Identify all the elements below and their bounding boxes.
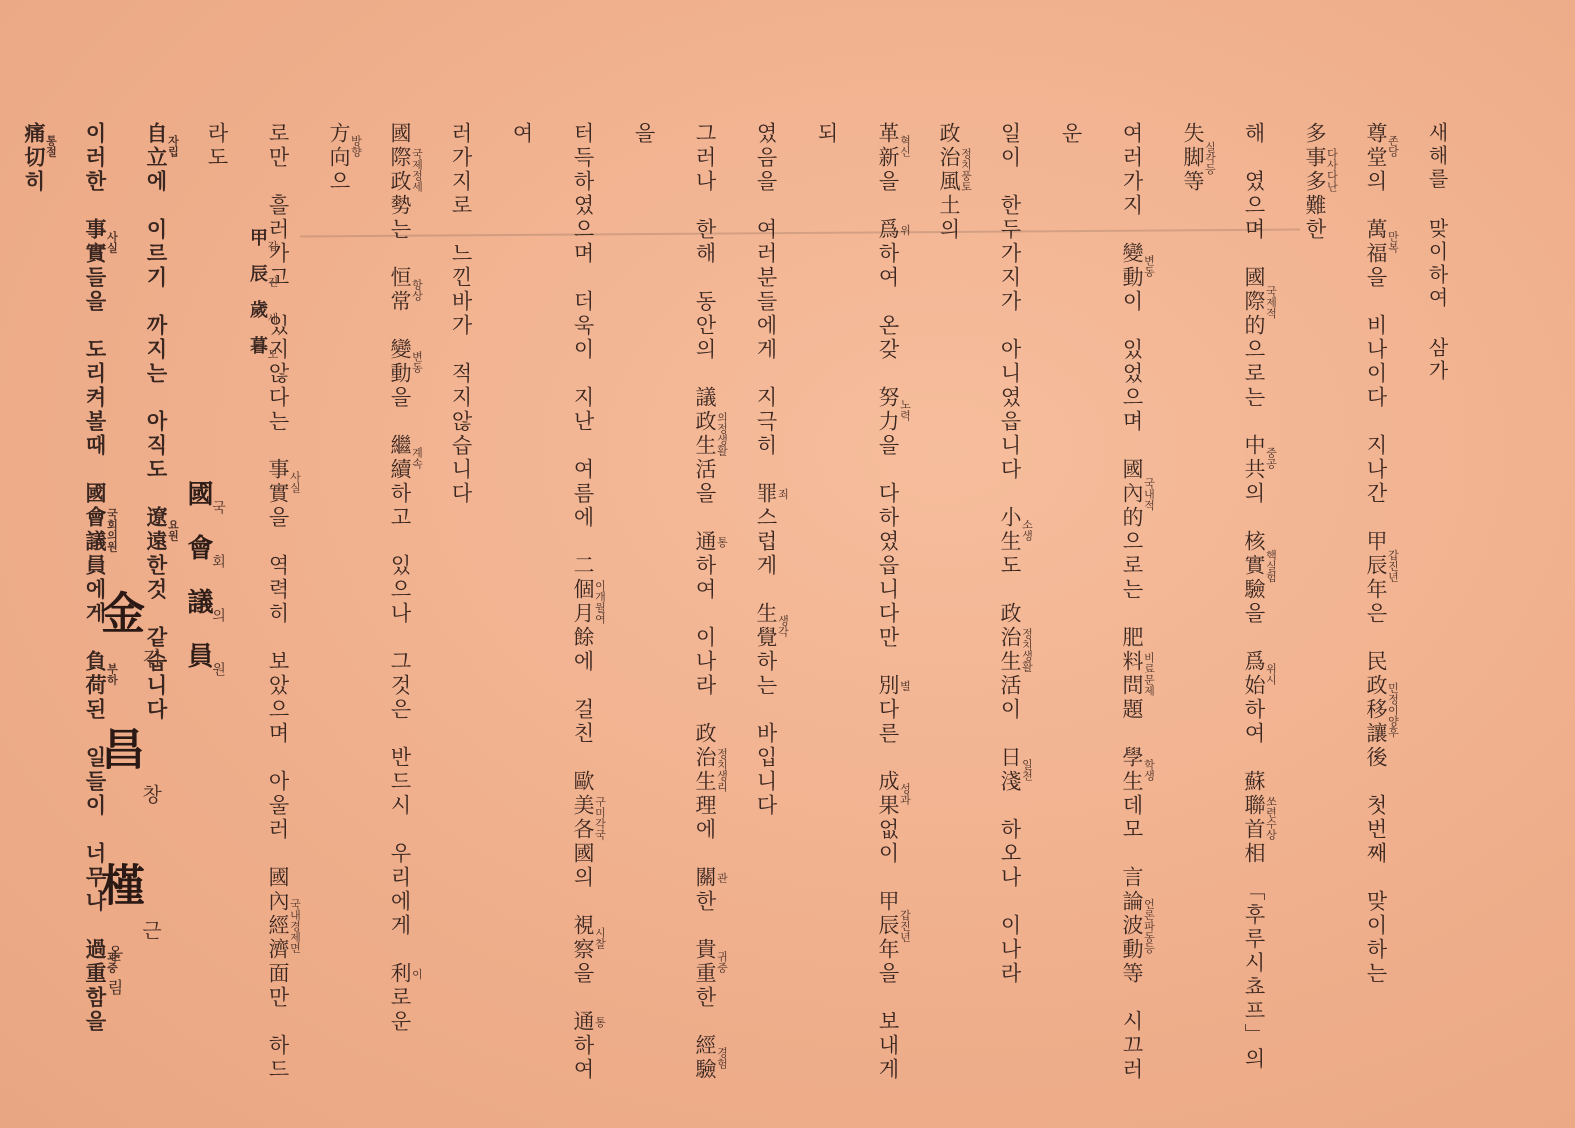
letter-page: 새해를 맞이하여 삼가 尊堂존당의 萬福만복을 비나이다 지나간 甲辰年갑진년은… bbox=[0, 0, 1575, 1128]
hanja-with-reading: 多事多難다사다난 bbox=[1303, 122, 1327, 218]
text-run: 으로는 bbox=[1242, 338, 1266, 434]
letter-line: 尊堂존당의 萬福만복을 비나이다 지나간 甲辰年갑진년은 民政移讓後민정이양후 … bbox=[1284, 122, 1406, 1082]
hanja-with-reading: 甲辰年갑진년 bbox=[876, 890, 900, 962]
hanja-with-reading: 核實驗핵실험 bbox=[1242, 530, 1266, 602]
letter-line: 여러가지 變動변동이 있었으며 國內的국내적으로는 肥料問題비료문제 學生학생데… bbox=[1040, 122, 1162, 1082]
text-run: 하여 bbox=[1242, 698, 1266, 770]
hanja-with-reading: 恒常항상 bbox=[388, 266, 412, 314]
hanja-with-reading: 失脚等실각등 bbox=[1181, 122, 1205, 194]
hanja-with-reading: 議의 bbox=[183, 588, 213, 642]
text-run: 이 bbox=[998, 698, 1022, 746]
text-run: 한 bbox=[1303, 218, 1327, 242]
hanja-with-reading: 貴重귀중 bbox=[693, 938, 717, 986]
text-run: 으로는 bbox=[1120, 530, 1144, 626]
letter-line: 그러나 한해 동안의 議政生活의정생활을 通통하여 이나라 政治生理정치생리에 … bbox=[613, 122, 735, 1082]
closing-text: 올림 bbox=[103, 945, 126, 1013]
letter-line: 러가지로 느낀바가 적지않습니다 bbox=[430, 122, 491, 1082]
date-line: 甲갑辰진歲세暮모 bbox=[244, 228, 279, 372]
text-run: 첫번째 맞이하는 bbox=[1364, 770, 1388, 1010]
text-run: 을 bbox=[876, 170, 900, 218]
text-run: 「후루시쵸프」의 bbox=[1242, 866, 1266, 1096]
text-run: 터득하였으며 더욱이 지난 여름에 bbox=[571, 122, 595, 554]
text-run: 해 였으며 bbox=[1242, 122, 1266, 266]
hanja-with-reading: 日淺일천 bbox=[998, 746, 1022, 794]
letter-line: 國際政勢국제정세는 恒常항상 變動변동을 繼續계속하고 있으나 그것은 반드시 … bbox=[308, 122, 430, 1082]
text-run: 의 bbox=[937, 218, 961, 242]
hanja-with-reading: 國會議員국회의원 bbox=[83, 482, 107, 578]
hanja-with-reading: 二個月餘이개월여 bbox=[571, 554, 595, 650]
text-run: 을 역력히 보았으며 아울러 bbox=[266, 506, 290, 866]
hanja-with-reading: 民政移讓後민정이양후 bbox=[1364, 650, 1388, 770]
hanja-with-reading: 通통 bbox=[571, 1010, 595, 1034]
text-run: 데모 bbox=[1120, 794, 1144, 866]
hanja-with-reading: 金김 bbox=[93, 590, 144, 726]
hanja-with-reading: 暮모 bbox=[247, 336, 268, 372]
letter-line: 해 였으며 國際的국제적으로는 中共중공의 核實驗핵실험을 爲始위시하여 蘇聯首… bbox=[1162, 122, 1284, 1082]
hanja-with-reading: 國際的국제적 bbox=[1242, 266, 1266, 338]
hanja-with-reading: 會회 bbox=[183, 534, 213, 588]
text-run: 한 bbox=[693, 890, 717, 938]
text-run: 도 bbox=[998, 554, 1022, 602]
hanja-with-reading: 國內經濟面국내경제면 bbox=[266, 866, 290, 986]
hanja-with-reading: 歐美各國구미각국 bbox=[571, 770, 595, 866]
hanja-with-reading: 尊堂존당 bbox=[1364, 122, 1388, 170]
hanja-with-reading: 肥料問題비료문제 bbox=[1120, 626, 1144, 722]
text-run: 하여 이나라 bbox=[693, 554, 717, 722]
hanja-with-reading: 痛切통절 bbox=[22, 122, 46, 170]
hanja-with-reading: 中共중공 bbox=[1242, 434, 1266, 482]
hanja-with-reading: 別별 bbox=[876, 674, 900, 698]
hanja-with-reading: 政治生活정치생활 bbox=[998, 602, 1022, 698]
hanja-with-reading: 努力노력 bbox=[876, 386, 900, 434]
hanja-with-reading: 遼遠요원 bbox=[144, 506, 168, 554]
text-run: 로운 bbox=[388, 986, 412, 1058]
hanja-with-reading: 自立자립 bbox=[144, 122, 168, 170]
text-run: 을 bbox=[388, 386, 412, 434]
hanja-with-reading: 關관 bbox=[693, 866, 717, 890]
text-run: 일이 한두가지가 아니였읍니다 bbox=[998, 122, 1022, 506]
text-run: 을 bbox=[1242, 602, 1266, 650]
text-run: 은 bbox=[1364, 602, 1388, 650]
text-run: 을 bbox=[571, 962, 595, 1010]
text-run: 이 있었으며 bbox=[1120, 290, 1144, 458]
hanja-with-reading: 萬福만복 bbox=[1364, 218, 1388, 266]
sender-title: 國국會회議의員원 bbox=[180, 480, 225, 696]
hanja-with-reading: 生覺생각 bbox=[754, 602, 778, 650]
text-run bbox=[388, 314, 412, 338]
hanja-with-reading: 事實사실 bbox=[266, 458, 290, 506]
text-run: 러가지로 느낀바가 적지않습니다 bbox=[449, 122, 473, 506]
text-run: 는 bbox=[388, 218, 412, 266]
hanja-with-reading: 政治風土정치풍토 bbox=[937, 122, 961, 218]
hanja-with-reading: 繼續계속 bbox=[388, 434, 412, 482]
hanja-with-reading: 辰진 bbox=[247, 264, 268, 300]
hanja-with-reading: 政治生理정치생리 bbox=[693, 722, 717, 818]
text-run: 하오나 이나라 bbox=[998, 794, 1022, 1010]
letter-line: 느끼는 바이오며 이러한 任務임무를 遂行수행함에는 國民諸位국민제위의 絶對的… bbox=[0, 122, 3, 1082]
hanja-with-reading: 甲갑 bbox=[247, 228, 268, 264]
hanja-with-reading: 學生학생 bbox=[1120, 746, 1144, 794]
hanja-with-reading: 罪죄 bbox=[754, 482, 778, 506]
text-run: 으 bbox=[327, 170, 351, 194]
text-run: 을 비나이다 지나간 bbox=[1364, 266, 1388, 530]
text-run: 스럽게 bbox=[754, 506, 778, 602]
text-run: 의 bbox=[1364, 170, 1388, 218]
text-run: 하여 온갖 bbox=[876, 242, 900, 386]
hanja-with-reading: 國국 bbox=[183, 480, 213, 534]
hanja-with-reading: 革新혁신 bbox=[876, 122, 900, 170]
text-run: 한 bbox=[693, 986, 717, 1034]
text-run: 하고 있으나 그것은 반드시 우리에게 bbox=[388, 482, 412, 962]
hanja-with-reading: 國內的국내적 bbox=[1120, 458, 1144, 530]
hanja-with-reading: 蘇聯首相쏘련수상 bbox=[1242, 770, 1266, 866]
text-run: 여러가지 bbox=[1120, 122, 1144, 242]
hanja-with-reading: 利이 bbox=[388, 962, 412, 986]
text-run: 히 bbox=[22, 170, 46, 194]
hanja-with-reading: 爲위 bbox=[876, 218, 900, 242]
hanja-with-reading: 議政生活의정생활 bbox=[693, 386, 717, 482]
letter-line: 革新혁신을 爲위하여 온갖 努力노력을 다하였읍니다만 別별다른 成果성과없이 … bbox=[796, 122, 918, 1082]
hanja-with-reading: 言論波動等언론파동등 bbox=[1120, 866, 1144, 986]
text-run: 그러나 한해 동안의 bbox=[693, 122, 717, 386]
letter-line: 였음을 여러분들에게 지극히 罪죄스럽게 生覺생각하는 바입니다 bbox=[735, 122, 796, 1082]
hanja-with-reading: 成果성과 bbox=[876, 770, 900, 818]
text-run: 없이 bbox=[876, 818, 900, 890]
text-run: 의 bbox=[571, 866, 595, 914]
text-run bbox=[1120, 722, 1144, 746]
text-run: 을 bbox=[632, 122, 656, 146]
text-run: 였음을 여러분들에게 지극히 bbox=[754, 122, 778, 482]
text-run: 에 이르기 까지는 아직도 bbox=[144, 170, 168, 506]
text-run: 이러한 bbox=[83, 122, 107, 218]
hanja-with-reading: 昌창 bbox=[93, 726, 144, 862]
text-run: 에 걸친 bbox=[571, 650, 595, 770]
hanja-with-reading: 視察시찰 bbox=[571, 914, 595, 962]
hanja-with-reading: 甲辰年갑진년 bbox=[1364, 530, 1388, 602]
hanja-with-reading: 歲세 bbox=[247, 300, 268, 336]
text-run: 에 bbox=[693, 818, 717, 866]
hanja-with-reading: 小生소생 bbox=[998, 506, 1022, 554]
text-run: 을 다하였읍니다만 bbox=[876, 434, 900, 674]
hanja-with-reading: 事實사실 bbox=[83, 218, 107, 266]
letter-heading: 새해를 맞이하여 삼가 bbox=[1406, 122, 1467, 1082]
hanja-with-reading: 國際政勢국제정세 bbox=[388, 122, 412, 218]
hanja-with-reading: 經驗경험 bbox=[693, 1034, 717, 1082]
hanja-with-reading: 變動변동 bbox=[1120, 242, 1144, 290]
text-run: 을 bbox=[693, 482, 717, 530]
sender-name: 金김昌창槿근 bbox=[86, 590, 161, 998]
text-run: 들을 도리켜볼때 bbox=[83, 266, 107, 482]
text-run: 다른 bbox=[876, 698, 900, 770]
letter-line: 일이 한두가지가 아니였읍니다 小生소생도 政治生活정치생활이 日淺일천 하오나… bbox=[918, 122, 1040, 1082]
hanja-with-reading: 變動변동 bbox=[388, 338, 412, 386]
hanja-with-reading: 爲始위시 bbox=[1242, 650, 1266, 698]
hanja-with-reading: 方向방향 bbox=[327, 122, 351, 170]
hanja-with-reading: 員원 bbox=[183, 642, 213, 696]
text-run: 하는 바입니다 bbox=[754, 650, 778, 818]
hanja-with-reading: 通통 bbox=[693, 530, 717, 554]
text-run: 의 bbox=[1242, 482, 1266, 530]
letter-line: 터득하였으며 더욱이 지난 여름에 二個月餘이개월여에 걸친 歐美各國구미각국의… bbox=[491, 122, 613, 1082]
